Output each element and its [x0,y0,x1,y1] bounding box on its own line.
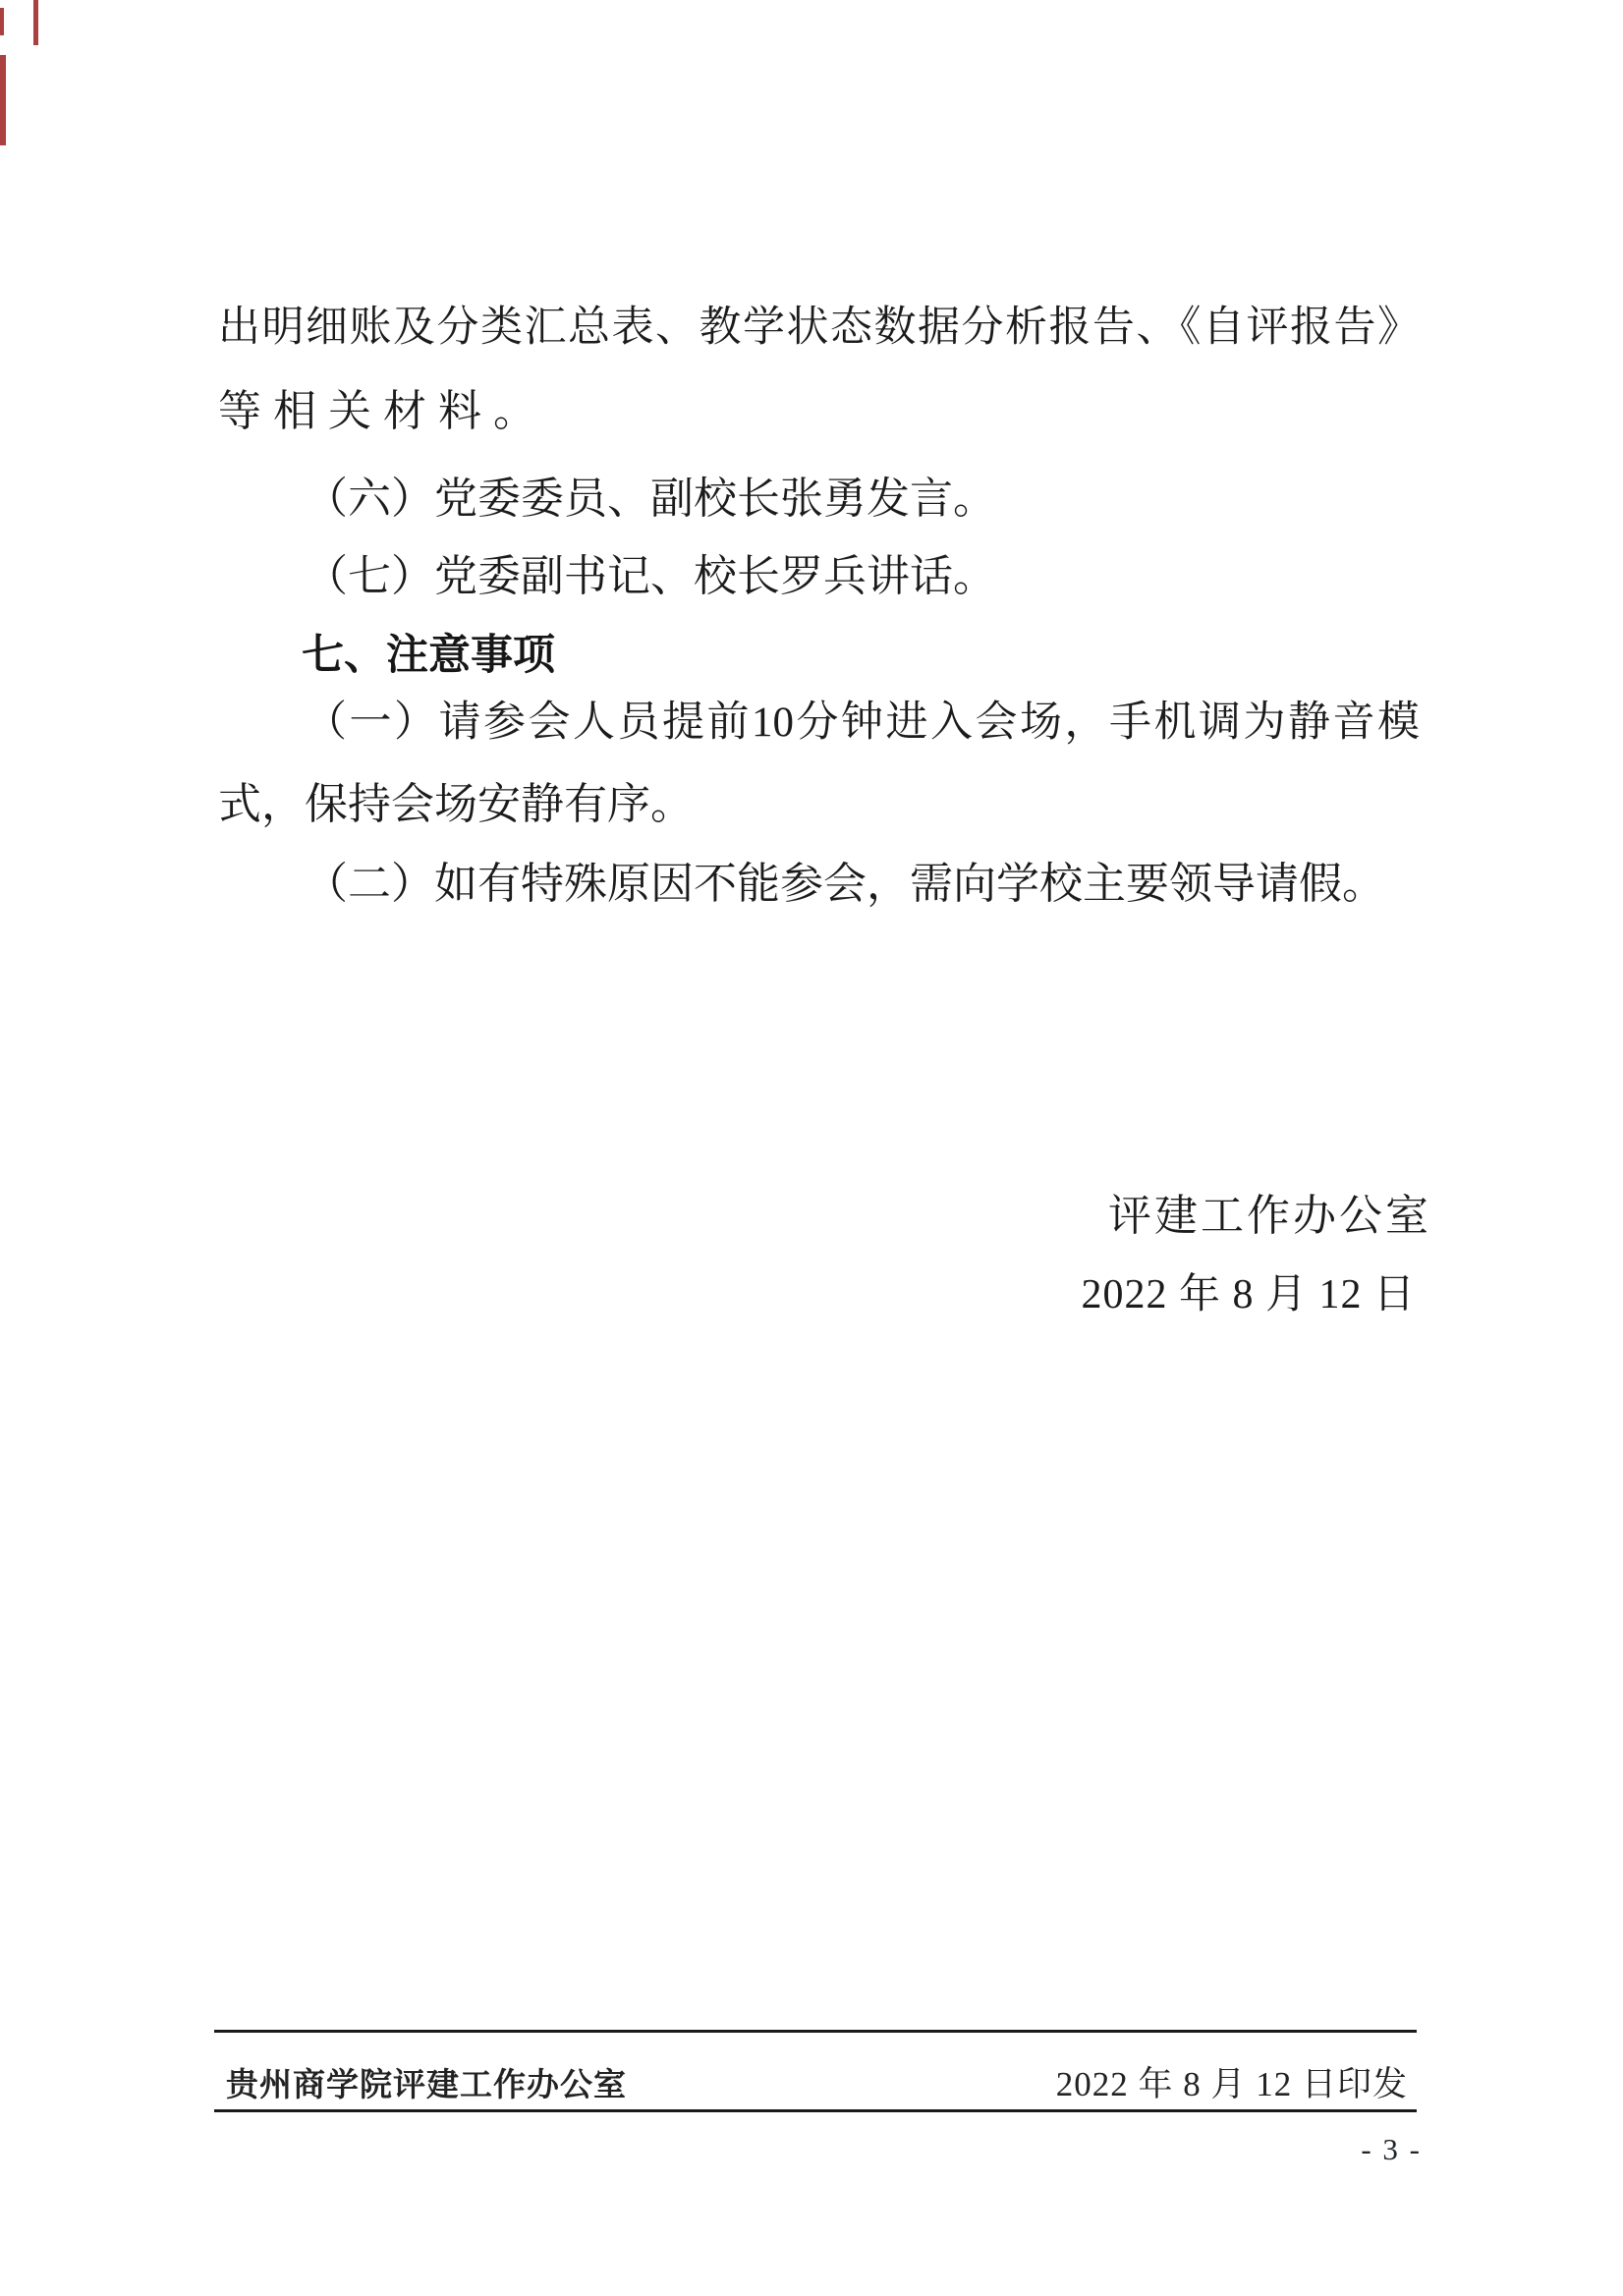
body-line-note-one-continued: 式，保持会场安静有序。 [218,779,1420,830]
body-line-item-six: （六）党委委员、副校长张勇发言。 [218,474,1420,525]
body-line-note-two: （二）如有特殊原因不能参会，需向学校主要领导请假。 [218,859,1420,910]
scan-artifact [0,55,6,145]
page-number: - 3 - [1361,2132,1422,2167]
footer-print-date: 2022 年 8 月 12 日印发 [1056,2057,1420,2106]
body-line-note-one: （一）请参会人员提前10分钟进入会场，手机调为静音模 [218,698,1420,749]
footer-rule-top [214,2030,1417,2033]
footer-issuing-office: 贵州商学院评建工作办公室 [218,2059,627,2105]
body-line-continuation: 出明细账及分类汇总表、教学状态数据分析报告、《自评报告》 [218,303,1420,354]
body-line-paragraph-end: 等相关材料。 [218,386,1420,437]
section-heading-notes: 七、注意事项 [218,630,1420,681]
scan-artifact [0,8,4,35]
footer-row: 贵州商学院评建工作办公室 2022 年 8 月 12 日印发 [218,2057,1420,2106]
signature-date: 2022 年 8 月 12 日 [218,1269,1431,1320]
signature-office: 评建工作办公室 [218,1191,1431,1242]
document-page: 出明细账及分类汇总表、教学状态数据分析报告、《自评报告》 等相关材料。 （六）党… [0,0,1623,2296]
footer-rule-bottom [214,2109,1417,2112]
scan-artifact [33,0,38,45]
body-line-item-seven: （七）党委副书记、校长罗兵讲话。 [218,551,1420,602]
